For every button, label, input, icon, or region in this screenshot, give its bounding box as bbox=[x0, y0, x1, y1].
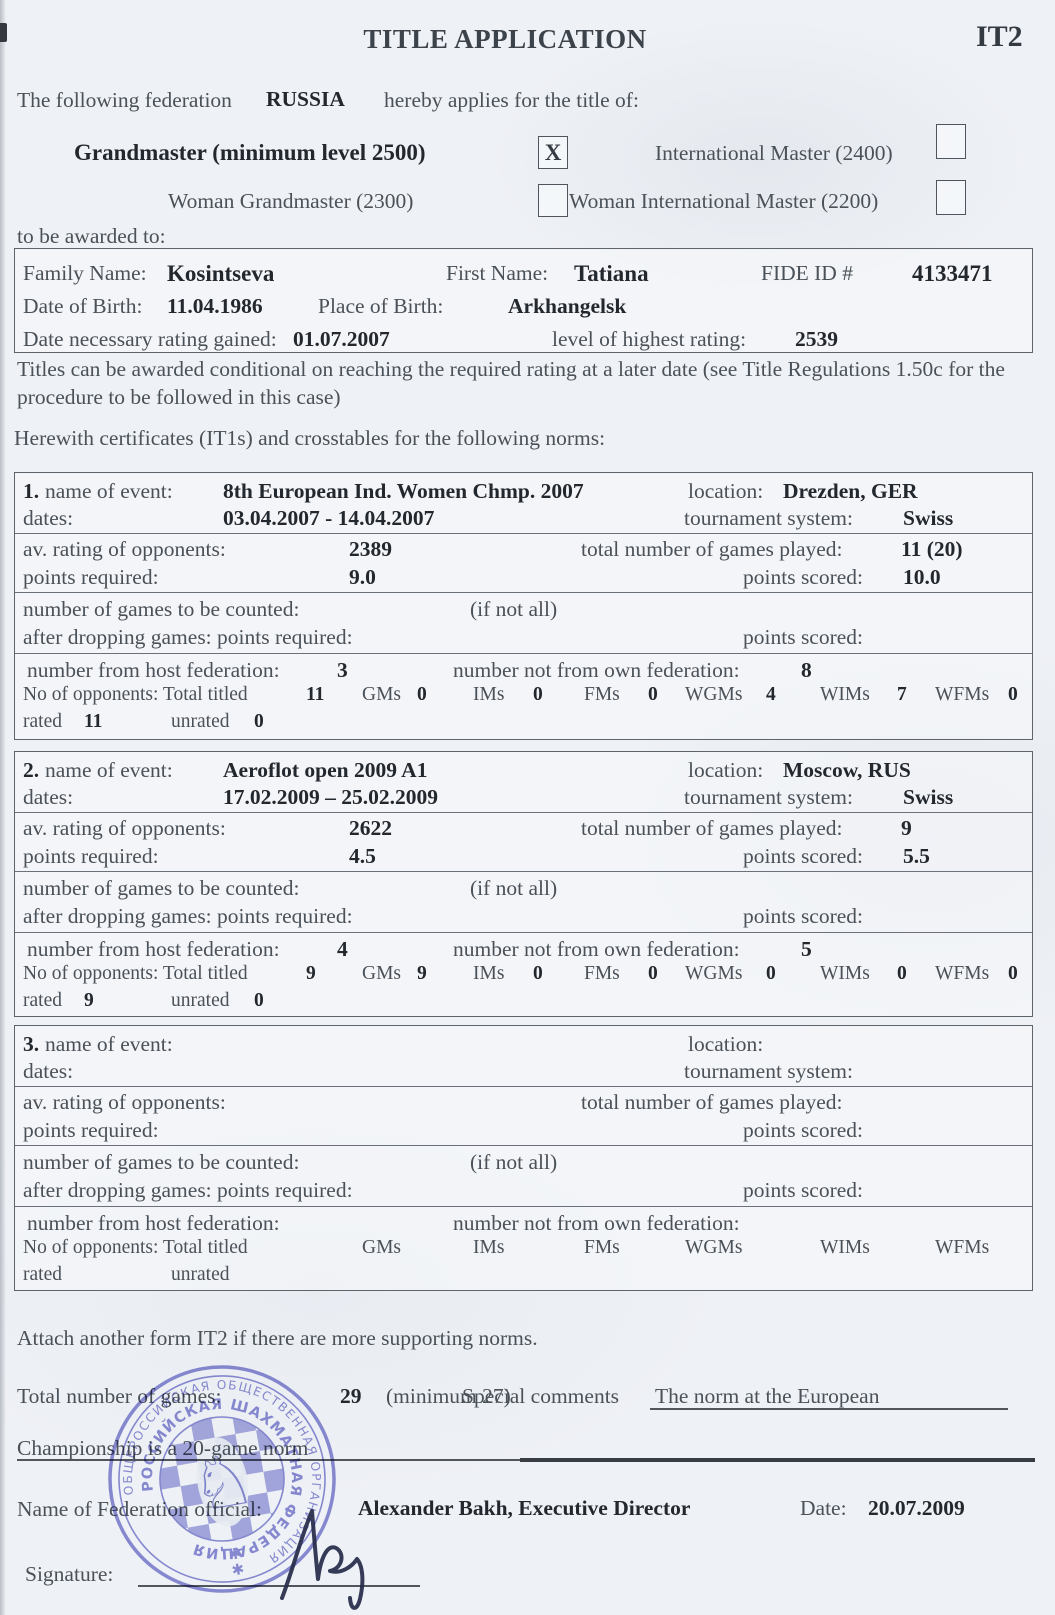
label-av-rating: av. rating of opponents: bbox=[23, 537, 226, 562]
comments-line-heavy bbox=[520, 1458, 1035, 1462]
awarded-heading: to be awarded to: bbox=[17, 224, 166, 249]
value-av-rating: 2622 bbox=[349, 816, 392, 841]
label-points-required: points required: bbox=[23, 844, 159, 869]
label-opponents-titled: No of opponents: Total titled bbox=[23, 684, 248, 706]
label-dates: dates: bbox=[23, 506, 73, 531]
place-of-birth-value: Arkhangelsk bbox=[508, 294, 626, 319]
label-rated: rated bbox=[23, 1264, 62, 1286]
label-rated: rated bbox=[23, 711, 62, 733]
first-name-value: Tatiana bbox=[574, 261, 649, 287]
intro-prefix: The following federation bbox=[17, 88, 232, 113]
stamp-knight-icon: ♘ bbox=[183, 1435, 261, 1529]
label-points-scored: points scored: bbox=[743, 1118, 863, 1143]
label-fms: FMs bbox=[584, 963, 620, 985]
label-dates: dates: bbox=[23, 785, 73, 810]
family-name-value: Kosintseva bbox=[167, 261, 274, 287]
label-wfms: WFMs bbox=[935, 684, 989, 706]
label-dates: dates: bbox=[23, 1059, 73, 1084]
conditional-note: Titles can be awarded conditional on rea… bbox=[17, 356, 1031, 411]
value-location: Moscow, RUS bbox=[783, 758, 911, 783]
value-ims: 0 bbox=[533, 963, 543, 985]
conditional-note-line1: Titles can be awarded conditional on rea… bbox=[17, 357, 943, 381]
option-woman-grandmaster-label: Woman Grandmaster (2300) bbox=[168, 189, 413, 214]
signature-scribble bbox=[266, 1498, 426, 1615]
label-not-own-federation: number not from own federation: bbox=[453, 1211, 740, 1236]
highest-rating-value: 2539 bbox=[795, 327, 838, 352]
label-not-own-federation: number not from own federation: bbox=[453, 658, 740, 683]
value-dates: 03.04.2007 - 14.04.2007 bbox=[223, 506, 434, 531]
norm-number: 1. bbox=[23, 479, 39, 504]
label-if-not-all: (if not all) bbox=[470, 1150, 557, 1175]
label-av-rating: av. rating of opponents: bbox=[23, 816, 226, 841]
date-label: Date: bbox=[800, 1496, 847, 1521]
norm-number: 2. bbox=[23, 758, 39, 783]
label-points-scored-2: points scored: bbox=[743, 625, 863, 650]
divider bbox=[15, 1086, 1032, 1087]
fide-id-label: FIDE ID # bbox=[761, 261, 853, 286]
label-ims: IMs bbox=[473, 963, 504, 985]
label-unrated: unrated bbox=[171, 1264, 229, 1286]
intro-suffix: hereby applies for the title of: bbox=[384, 88, 639, 113]
label-wgms: WGMs bbox=[685, 1237, 742, 1259]
label-total-games: total number of games played: bbox=[581, 537, 843, 562]
label-name-of-event: name of event: bbox=[45, 479, 173, 504]
value-points-required: 9.0 bbox=[349, 565, 376, 590]
norm-block-3: 3. name of event: location: dates: tourn… bbox=[14, 1025, 1033, 1291]
value-av-rating: 2389 bbox=[349, 537, 392, 562]
label-fms: FMs bbox=[584, 1237, 620, 1259]
date-value: 20.07.2009 bbox=[868, 1496, 965, 1521]
scanned-form-page: TITLE APPLICATION IT2 The following fede… bbox=[0, 0, 1055, 1615]
page-title: TITLE APPLICATION bbox=[0, 24, 1010, 55]
norm-block-2: 2. name of event: Aeroflot open 2009 A1 … bbox=[14, 751, 1033, 1017]
label-after-dropping: after dropping games: points required: bbox=[23, 625, 353, 650]
value-total-titled: 11 bbox=[306, 684, 324, 706]
label-games-counted: number of games to be counted: bbox=[23, 876, 299, 901]
option-woman-international-master-label: Woman International Master (2200) bbox=[569, 189, 878, 214]
value-wgms: 4 bbox=[766, 684, 776, 706]
stamp-star-icon: ✱ bbox=[230, 1560, 246, 1580]
label-host-federation: number from host federation: bbox=[27, 658, 280, 683]
value-host-federation: 3 bbox=[337, 658, 348, 683]
value-wfms: 0 bbox=[1008, 963, 1018, 985]
value-wfms: 0 bbox=[1008, 684, 1018, 706]
rating-gained-value: 01.07.2007 bbox=[293, 327, 390, 352]
value-rated: 11 bbox=[84, 711, 102, 733]
checkbox-international-master[interactable] bbox=[936, 124, 966, 159]
label-wims: WIMs bbox=[820, 1237, 870, 1259]
first-name-label: First Name: bbox=[446, 261, 548, 286]
label-unrated: unrated bbox=[171, 990, 229, 1012]
label-name-of-event: name of event: bbox=[45, 758, 173, 783]
special-comments-underline bbox=[650, 1408, 1008, 1410]
awarded-row-2: Date of Birth: 11.04.1986 Place of Birth… bbox=[15, 294, 1032, 322]
rating-gained-label: Date necessary rating gained: bbox=[23, 327, 277, 352]
special-comments-label: Special comments bbox=[462, 1384, 619, 1409]
divider bbox=[15, 592, 1032, 593]
label-wgms: WGMs bbox=[685, 963, 742, 985]
checkbox-grandmaster[interactable]: X bbox=[538, 136, 568, 169]
label-tournament-system: tournament system: bbox=[684, 785, 853, 810]
checkbox-woman-international-master[interactable] bbox=[936, 180, 966, 215]
label-points-scored: points scored: bbox=[743, 844, 863, 869]
special-comments-line1: The norm at the European bbox=[655, 1384, 879, 1409]
value-dates: 17.02.2009 – 25.02.2009 bbox=[223, 785, 438, 810]
date-of-birth-label: Date of Birth: bbox=[23, 294, 142, 319]
label-opponents-titled: No of opponents: Total titled bbox=[23, 1237, 248, 1259]
value-fms: 0 bbox=[648, 684, 658, 706]
highest-rating-label: level of highest rating: bbox=[552, 327, 746, 352]
label-tournament-system: tournament system: bbox=[684, 1059, 853, 1084]
checkbox-woman-grandmaster[interactable] bbox=[538, 184, 568, 217]
value-total-titled: 9 bbox=[306, 963, 316, 985]
fide-id-value: 4133471 bbox=[912, 261, 993, 287]
attach-note: Attach another form IT2 if there are mor… bbox=[17, 1326, 538, 1351]
value-wgms: 0 bbox=[766, 963, 776, 985]
label-tournament-system: tournament system: bbox=[684, 506, 853, 531]
label-wims: WIMs bbox=[820, 684, 870, 706]
form-code: IT2 bbox=[976, 20, 1023, 54]
divider bbox=[15, 1145, 1032, 1146]
label-wfms: WFMs bbox=[935, 1237, 989, 1259]
label-name-of-event: name of event: bbox=[45, 1032, 173, 1057]
label-gms: GMs bbox=[362, 1237, 401, 1259]
federation-name: RUSSIA bbox=[266, 87, 345, 112]
awarded-row-1: Family Name: Kosintseva First Name: Tati… bbox=[15, 261, 1032, 289]
divider bbox=[15, 1206, 1032, 1207]
value-gms: 0 bbox=[417, 684, 427, 706]
scan-edge-shadow bbox=[0, 0, 6, 1615]
value-tournament-system: Swiss bbox=[903, 506, 953, 531]
value-not-own-federation: 8 bbox=[801, 658, 812, 683]
value-ims: 0 bbox=[533, 684, 543, 706]
place-of-birth-label: Place of Birth: bbox=[318, 294, 443, 319]
value-host-federation: 4 bbox=[337, 937, 348, 962]
value-total-games: 11 (20) bbox=[901, 537, 963, 562]
value-tournament-system: Swiss bbox=[903, 785, 953, 810]
value-wims: 7 bbox=[897, 684, 907, 706]
label-total-games: total number of games played: bbox=[581, 1090, 843, 1115]
label-gms: GMs bbox=[362, 684, 401, 706]
label-location: location: bbox=[688, 758, 763, 783]
date-of-birth-value: 11.04.1986 bbox=[167, 294, 263, 319]
label-fms: FMs bbox=[584, 684, 620, 706]
norm-number: 3. bbox=[23, 1032, 39, 1057]
divider bbox=[15, 932, 1032, 933]
herewith-note: Herewith certificates (IT1s) and crossta… bbox=[14, 426, 605, 451]
label-unrated: unrated bbox=[171, 711, 229, 733]
value-fms: 0 bbox=[648, 963, 658, 985]
label-ims: IMs bbox=[473, 684, 504, 706]
label-wgms: WGMs bbox=[685, 684, 742, 706]
value-not-own-federation: 5 bbox=[801, 937, 812, 962]
label-points-scored-2: points scored: bbox=[743, 1178, 863, 1203]
label-games-counted: number of games to be counted: bbox=[23, 597, 299, 622]
label-av-rating: av. rating of opponents: bbox=[23, 1090, 226, 1115]
label-points-scored-2: points scored: bbox=[743, 904, 863, 929]
label-location: location: bbox=[688, 479, 763, 504]
value-name-of-event: 8th European Ind. Women Chmp. 2007 bbox=[223, 479, 584, 504]
label-if-not-all: (if not all) bbox=[470, 876, 557, 901]
value-points-required: 4.5 bbox=[349, 844, 376, 869]
label-rated: rated bbox=[23, 990, 62, 1012]
value-points-scored: 5.5 bbox=[903, 844, 930, 869]
label-points-required: points required: bbox=[23, 565, 159, 590]
value-total-games: 9 bbox=[901, 816, 912, 841]
label-if-not-all: (if not all) bbox=[470, 597, 557, 622]
value-name-of-event: Aeroflot open 2009 A1 bbox=[223, 758, 427, 783]
value-location: Drezden, GER bbox=[783, 479, 918, 504]
label-location: location: bbox=[688, 1032, 763, 1057]
label-wims: WIMs bbox=[820, 963, 870, 985]
value-unrated: 0 bbox=[254, 990, 264, 1012]
label-points-required: points required: bbox=[23, 1118, 159, 1143]
value-rated: 9 bbox=[84, 990, 94, 1012]
value-wims: 0 bbox=[897, 963, 907, 985]
label-after-dropping: after dropping games: points required: bbox=[23, 904, 353, 929]
family-name-label: Family Name: bbox=[23, 261, 147, 286]
value-points-scored: 10.0 bbox=[903, 565, 941, 590]
divider bbox=[15, 871, 1032, 872]
option-international-master-label: International Master (2400) bbox=[655, 141, 893, 166]
label-host-federation: number from host federation: bbox=[27, 937, 280, 962]
divider bbox=[15, 812, 1032, 813]
value-gms: 9 bbox=[417, 963, 427, 985]
label-host-federation: number from host federation: bbox=[27, 1211, 280, 1236]
label-after-dropping: after dropping games: points required: bbox=[23, 1178, 353, 1203]
label-not-own-federation: number not from own federation: bbox=[453, 937, 740, 962]
label-opponents-titled: No of opponents: Total titled bbox=[23, 963, 248, 985]
label-total-games: total number of games played: bbox=[581, 816, 843, 841]
divider bbox=[15, 533, 1032, 534]
label-ims: IMs bbox=[473, 1237, 504, 1259]
divider bbox=[15, 653, 1032, 654]
label-gms: GMs bbox=[362, 963, 401, 985]
awarded-row-3: Date necessary rating gained: 01.07.2007… bbox=[15, 327, 1032, 355]
awarded-box: Family Name: Kosintseva First Name: Tati… bbox=[14, 248, 1033, 353]
label-points-scored: points scored: bbox=[743, 565, 863, 590]
label-wfms: WFMs bbox=[935, 963, 989, 985]
value-unrated: 0 bbox=[254, 711, 264, 733]
label-games-counted: number of games to be counted: bbox=[23, 1150, 299, 1175]
norm-block-1: 1. name of event: 8th European Ind. Wome… bbox=[14, 472, 1033, 740]
option-grandmaster-label: Grandmaster (minimum level 2500) bbox=[74, 140, 426, 166]
